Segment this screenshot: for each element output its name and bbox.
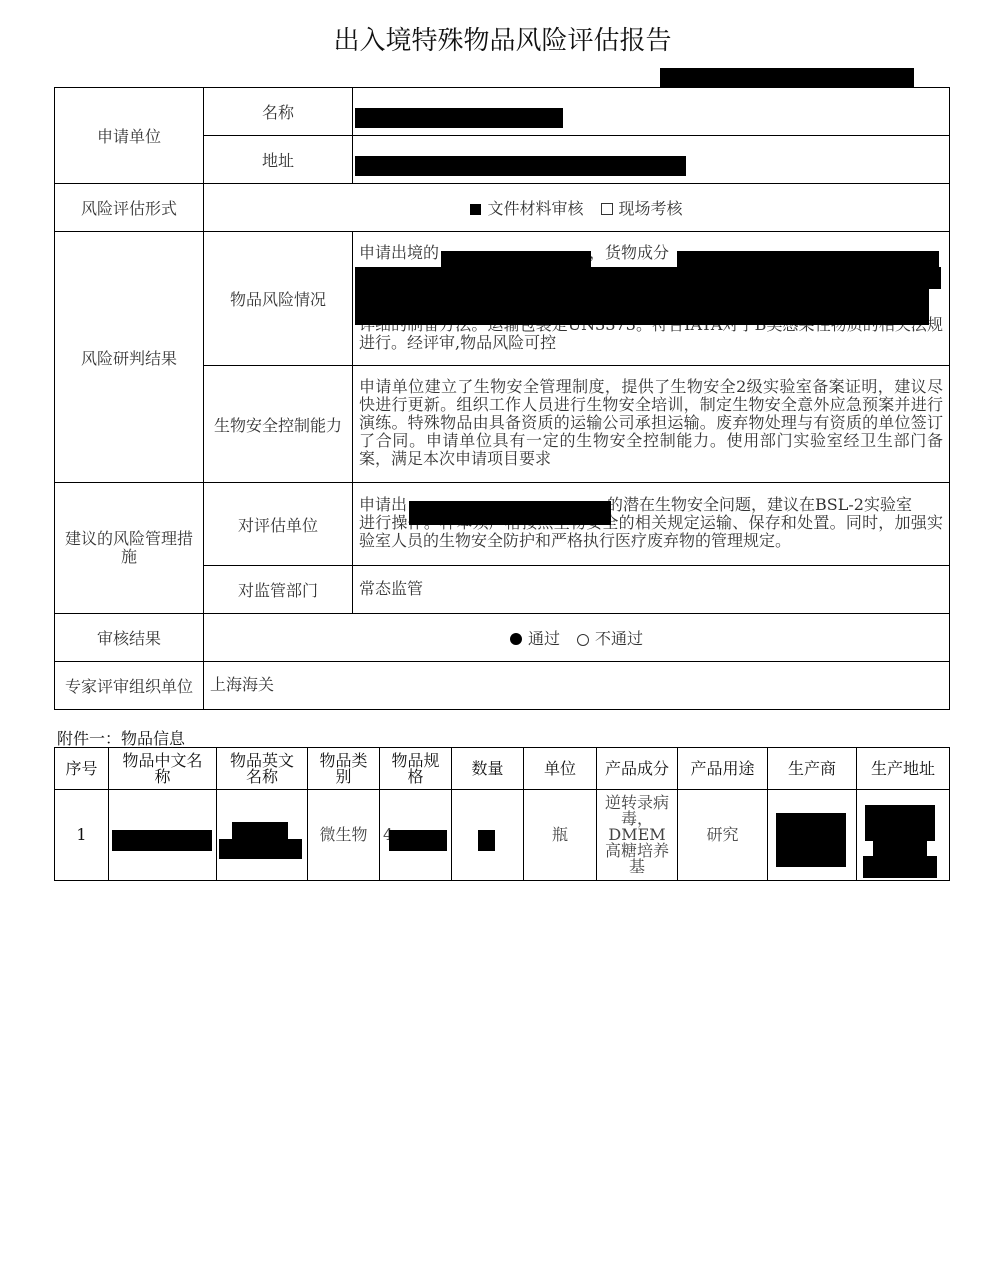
- cell-index: 1: [55, 790, 109, 881]
- redacted-name-en-a: [232, 822, 288, 840]
- redacted-address-c: [863, 856, 937, 878]
- cell-unit: 瓶: [524, 790, 597, 881]
- applicant-address-value: [353, 136, 950, 184]
- col-header-category: 物品类别: [308, 748, 380, 790]
- applicant-section-label: 申请单位: [55, 88, 204, 184]
- unchecked-box-icon: [601, 203, 613, 215]
- cell-quantity: [452, 790, 524, 881]
- to-assessed-unit-label: 对评估单位: [204, 483, 353, 566]
- applicant-address-label: 地址: [204, 136, 353, 184]
- to-regulator-text: 常态监管: [353, 566, 950, 614]
- cell-manufacturer-address: [857, 790, 950, 881]
- attachment-title: 附件一：物品信息: [57, 726, 185, 749]
- cell-name-en: [217, 790, 308, 881]
- col-header-name-cn: 物品中文名称: [109, 748, 217, 790]
- assessment-form-label: 风险评估形式: [55, 184, 204, 232]
- redacted-spec: [389, 830, 447, 851]
- checked-box-icon: [470, 204, 481, 215]
- risk-judgment-section-label: 风险研判结果: [55, 232, 204, 483]
- to-assessed-unit-text: 申请出的潜在生物安全问题，建议在BSL-2实验室 进行操作。样本须严格按照生物安…: [353, 483, 950, 566]
- radio-unselected-icon: [577, 634, 589, 646]
- col-header-usage: 产品用途: [678, 748, 768, 790]
- review-result-options: 通过 不通过: [204, 614, 950, 662]
- col-header-manufacturer-address: 生产地址: [857, 748, 950, 790]
- redacted-document-number: [660, 68, 914, 88]
- cell-usage: 研究: [678, 790, 768, 881]
- to-regulator-label: 对监管部门: [204, 566, 353, 614]
- cell-composition: 逆转录病毒，DMEM高糖培养基: [597, 790, 678, 881]
- applicant-name-label: 名称: [204, 88, 353, 136]
- redacted-composition-b: [355, 267, 941, 289]
- table-row: 1 微生物 4 瓶 逆转录病毒，DMEM高糖培养基 研究: [55, 790, 950, 881]
- cell-name-cn: [109, 790, 217, 881]
- redacted-manufacturer: [776, 813, 846, 867]
- col-header-unit: 单位: [524, 748, 597, 790]
- document-title: 出入境特殊物品风险评估报告: [0, 20, 1005, 57]
- col-header-manufacturer: 生产商: [768, 748, 857, 790]
- option-pass[interactable]: 通过: [510, 626, 560, 649]
- col-header-quantity: 数量: [452, 748, 524, 790]
- redacted-name-cn: [112, 830, 212, 851]
- cell-manufacturer: [768, 790, 857, 881]
- col-header-composition: 产品成分: [597, 748, 678, 790]
- redacted-composition-c: [355, 287, 929, 325]
- redacted-applicant-address: [355, 156, 686, 176]
- risk-assessment-table: 申请单位 名称 地址 风险评估形式 文件材料审核 现场考核 风险研判结果 物品风…: [54, 87, 950, 710]
- cell-spec: 4: [380, 790, 452, 881]
- biosafety-control-label: 生物安全控制能力: [204, 366, 353, 483]
- item-info-table: 序号 物品中文名称 物品英文名称 物品类别 物品规格 数量 单位 产品成分 产品…: [54, 747, 950, 881]
- item-risk-text: 申请出境的，货物成分 详细的制备方法。运输包装是UN3373。符合IATA对于B…: [353, 232, 950, 366]
- risk-measures-section-label: 建议的风险管理措施: [55, 483, 204, 614]
- option-onsite-inspection[interactable]: 现场考核: [601, 196, 683, 219]
- option-fail[interactable]: 不通过: [577, 626, 643, 649]
- redacted-item-reference: [409, 501, 611, 525]
- assessment-form-options: 文件材料审核 现场考核: [204, 184, 950, 232]
- expert-org-label: 专家评审组织单位: [55, 662, 204, 710]
- col-header-index: 序号: [55, 748, 109, 790]
- item-risk-label: 物品风险情况: [204, 232, 353, 366]
- redacted-quantity: [478, 830, 495, 851]
- col-header-spec: 物品规格: [380, 748, 452, 790]
- applicant-name-value: [353, 88, 950, 136]
- col-header-name-en: 物品英文名称: [217, 748, 308, 790]
- redacted-applicant-name: [355, 108, 563, 128]
- redacted-address-a: [865, 805, 935, 841]
- option-document-review[interactable]: 文件材料审核: [470, 196, 583, 219]
- expert-org-value: 上海海关: [204, 662, 950, 710]
- table-header-row: 序号 物品中文名称 物品英文名称 物品类别 物品规格 数量 单位 产品成分 产品…: [55, 748, 950, 790]
- biosafety-control-text: 申请单位建立了生物安全管理制度，提供了生物安全2级实验室备案证明，建议尽快进行更…: [353, 366, 950, 483]
- cell-category: 微生物: [308, 790, 380, 881]
- review-result-label: 审核结果: [55, 614, 204, 662]
- radio-selected-icon: [510, 633, 522, 645]
- redacted-name-en-b: [219, 839, 302, 859]
